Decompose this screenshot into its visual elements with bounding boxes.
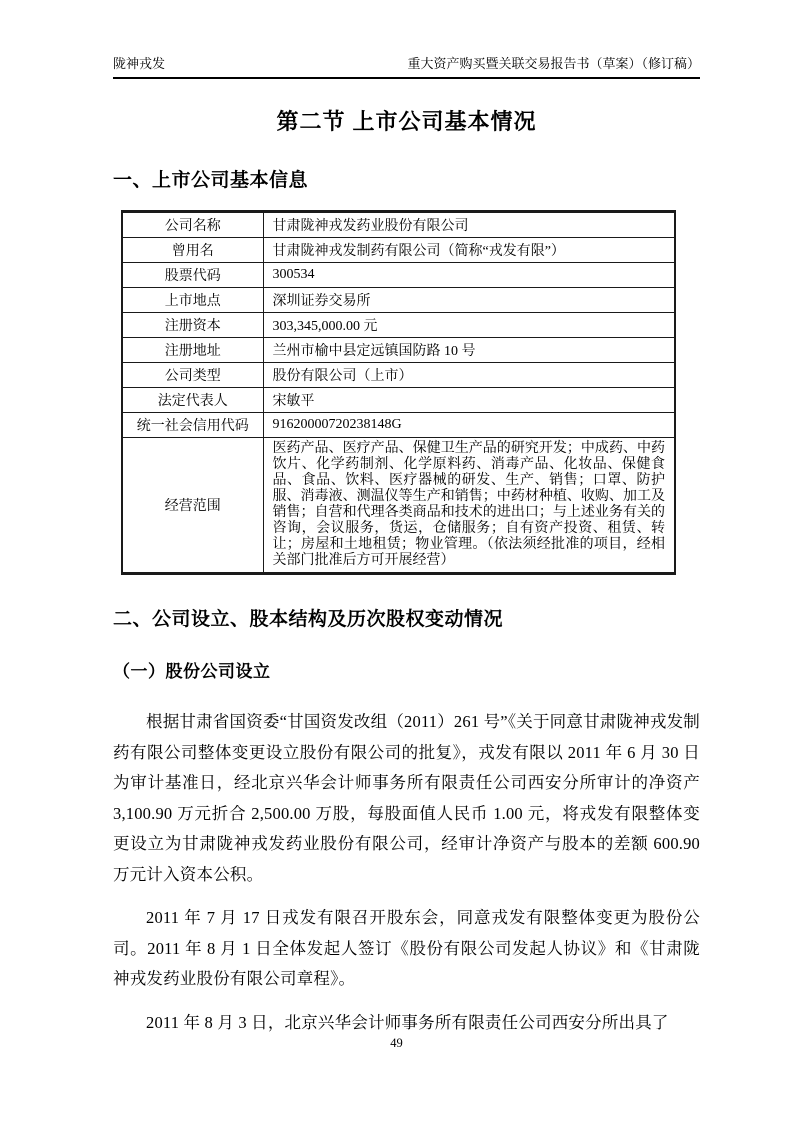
- field-label: 统一社会信用代码: [122, 413, 263, 438]
- field-value: 医药产品、医疗产品、保健卫生产品的研究开发；中成药、中药饮片、化学药制剂、化学原…: [263, 438, 675, 574]
- field-label: 股票代码: [122, 263, 263, 288]
- table-row: 法定代表人 宋敏平: [122, 388, 675, 413]
- paragraph: 2011 年 7 月 17 日戎发有限召开股东会，同意戎发有限整体变更为股份公司…: [113, 903, 700, 995]
- running-header: 陇神戎发 重大资产购买暨关联交易报告书（草案）（修订稿）: [113, 56, 700, 79]
- paragraph: 根据甘肃省国资委“甘国资发改组（2011）261 号”《关于同意甘肃陇神戎发制药…: [113, 707, 700, 890]
- section-heading-basic-info: 一、上市公司基本信息: [113, 165, 700, 192]
- header-left-text: 陇神戎发: [113, 56, 165, 72]
- field-label: 注册资本: [122, 313, 263, 338]
- field-label: 公司类型: [122, 363, 263, 388]
- field-value: 300534: [263, 263, 675, 288]
- document-page: 陇神戎发 重大资产购买暨关联交易报告书（草案）（修订稿） 第二节 上市公司基本情…: [0, 0, 793, 1122]
- field-label: 法定代表人: [122, 388, 263, 413]
- field-label: 上市地点: [122, 288, 263, 313]
- field-value: 宋敏平: [263, 388, 675, 413]
- field-value: 甘肃陇神戎发药业股份有限公司: [263, 212, 675, 238]
- page-title: 第二节 上市公司基本情况: [113, 105, 700, 136]
- field-value: 深圳证券交易所: [263, 288, 675, 313]
- table-row: 统一社会信用代码 91620000720238148G: [122, 413, 675, 438]
- table-row: 注册资本 303,345,000.00 元: [122, 313, 675, 338]
- subsection-heading-founding: （一）股份公司设立: [113, 657, 700, 682]
- field-value: 91620000720238148G: [263, 413, 675, 438]
- field-label: 公司名称: [122, 212, 263, 238]
- field-label: 曾用名: [122, 238, 263, 263]
- field-value: 兰州市榆中县定远镇国防路 10 号: [263, 338, 675, 363]
- table-row-business-scope: 经营范围 医药产品、医疗产品、保健卫生产品的研究开发；中成药、中药饮片、化学药制…: [122, 438, 675, 574]
- table-row: 注册地址 兰州市榆中县定远镇国防路 10 号: [122, 338, 675, 363]
- table-row: 公司名称 甘肃陇神戎发药业股份有限公司: [122, 212, 675, 238]
- table-row: 股票代码 300534: [122, 263, 675, 288]
- body-text: 根据甘肃省国资委“甘国资发改组（2011）261 号”《关于同意甘肃陇神戎发制药…: [113, 707, 700, 1038]
- section-heading-establishment: 二、公司设立、股本结构及历次股权变动情况: [113, 604, 700, 631]
- field-label: 经营范围: [122, 438, 263, 574]
- field-label: 注册地址: [122, 338, 263, 363]
- page-number: 49: [0, 1036, 793, 1051]
- table-row: 曾用名 甘肃陇神戎发制药有限公司（简称“戎发有限”）: [122, 238, 675, 263]
- table-row: 上市地点 深圳证券交易所: [122, 288, 675, 313]
- field-value: 甘肃陇神戎发制药有限公司（简称“戎发有限”）: [263, 238, 675, 263]
- company-info-table: 公司名称 甘肃陇神戎发药业股份有限公司 曾用名 甘肃陇神戎发制药有限公司（简称“…: [121, 210, 676, 575]
- field-value: 股份有限公司（上市）: [263, 363, 675, 388]
- table-row: 公司类型 股份有限公司（上市）: [122, 363, 675, 388]
- field-value: 303,345,000.00 元: [263, 313, 675, 338]
- paragraph: 2011 年 8 月 3 日，北京兴华会计师事务所有限责任公司西安分所出具了: [113, 1008, 700, 1039]
- header-right-text: 重大资产购买暨关联交易报告书（草案）（修订稿）: [407, 56, 700, 72]
